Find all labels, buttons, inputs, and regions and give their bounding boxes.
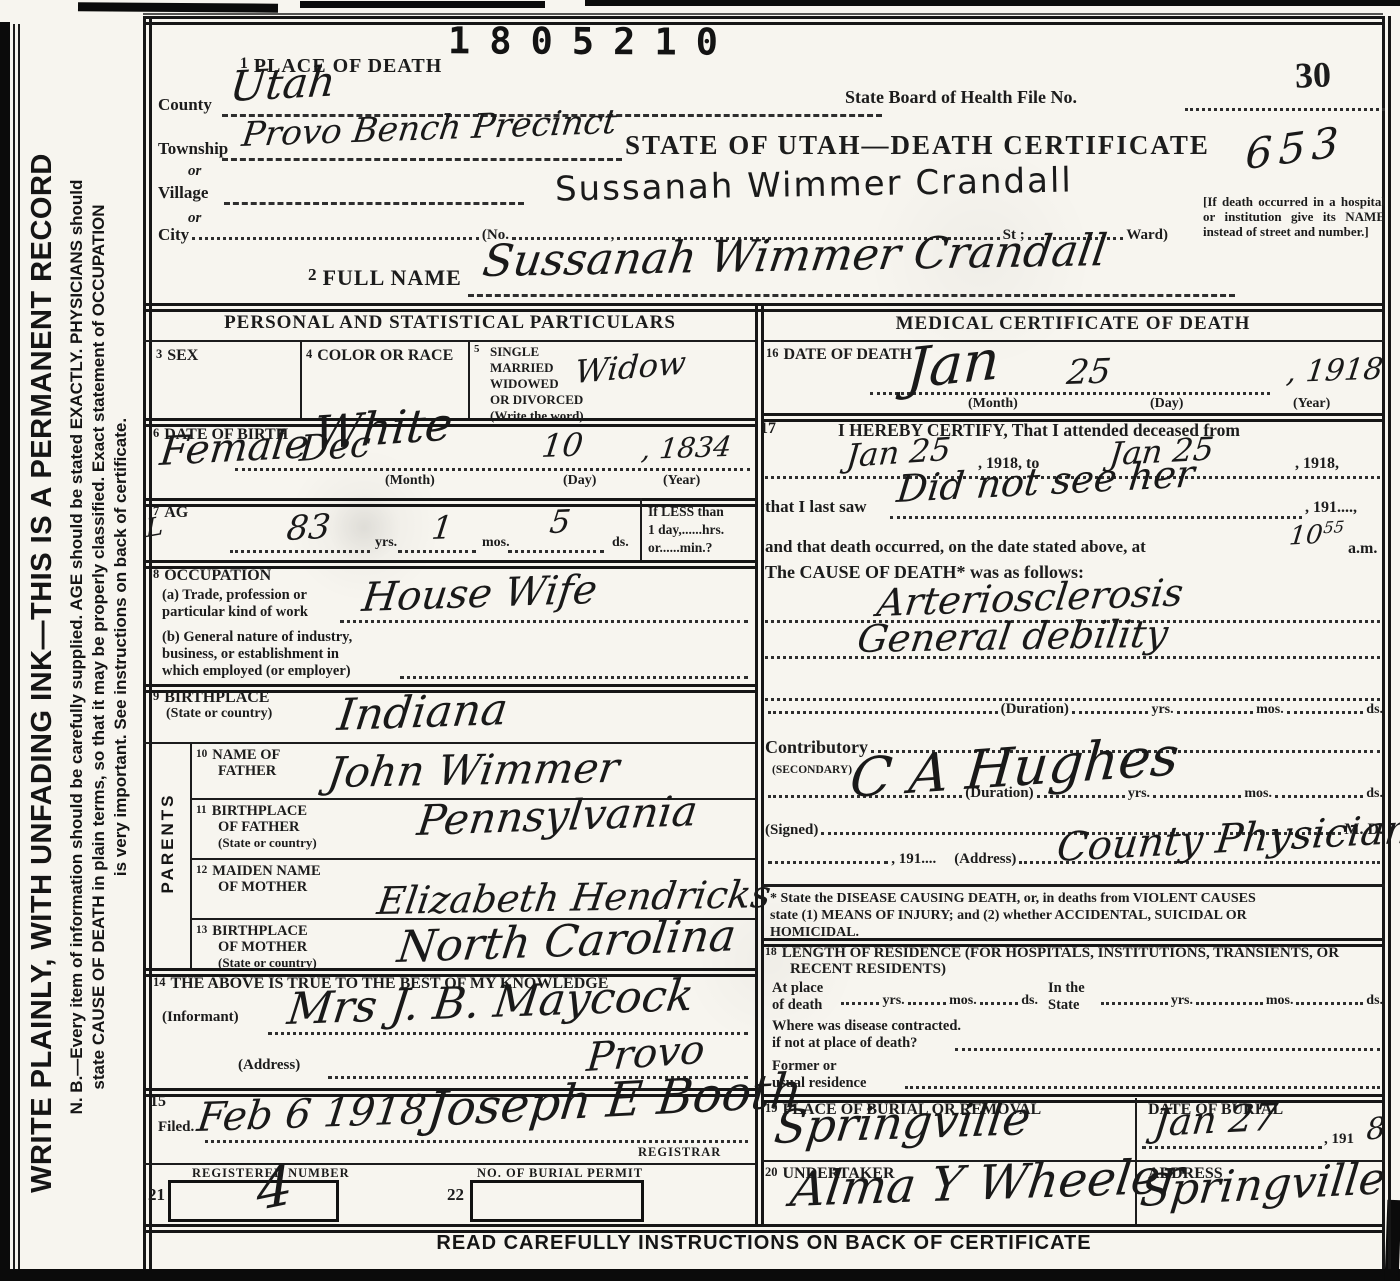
scan-artifact-left <box>0 22 10 1281</box>
township-label: Township <box>158 140 228 158</box>
mother-name-heading: 12MAIDEN NAME <box>196 864 321 879</box>
dotted-line <box>890 516 1302 519</box>
registered-number-num: 21 <box>148 1186 165 1204</box>
city-ward-label: Ward) <box>1126 228 1168 244</box>
burial-permit-label: NO. OF BURIAL PERMIT <box>477 1167 643 1180</box>
dotted-line <box>765 698 1380 701</box>
mother-birthplace-value: North Carolina <box>395 914 738 970</box>
last-saw-suffix: , 191...., <box>1305 500 1357 517</box>
rule <box>640 498 642 560</box>
residence-at-place-label: At place of death <box>772 980 823 1014</box>
margin-permanent-record-note: WRITE PLAINLY, WITH UNFADING INK—THIS IS… <box>26 78 59 1268</box>
margin-nb-line: state CAUSE OF DEATH in plain terms, so … <box>88 32 110 1262</box>
marital-heading: 5 <box>474 344 484 359</box>
full-name-heading: 2FULL NAME <box>308 266 462 289</box>
rule <box>143 742 755 744</box>
stamp-number: 1805210 <box>448 19 737 64</box>
marital-value: Widow <box>574 347 687 388</box>
dotted-line <box>400 676 748 679</box>
rule <box>761 884 1385 887</box>
rule <box>143 13 1383 15</box>
marital-label-lines: SINGLE MARRIED WIDOWED OR DIVORCED (Writ… <box>490 344 584 424</box>
margin-nb-note: N. B.—Every item of information should b… <box>66 32 132 1262</box>
death-date-heading: 16DATE OF DEATH <box>766 347 912 364</box>
scan-artifact-top <box>78 2 278 12</box>
secondary-label: (SECONDARY) <box>772 764 852 776</box>
medical-section-title: MEDICAL CERTIFICATE OF DEATH <box>761 314 1385 334</box>
ds-caption: ds. <box>612 536 629 551</box>
full-name-label: FULL NAME <box>323 265 462 290</box>
typed-decedent-name: Sussanah Wimmer Crandall <box>555 163 1073 206</box>
informant-value: Mrs J. B. Maycock <box>285 974 696 1032</box>
father-birthplace-sub: (State or country) <box>218 836 317 850</box>
filed-num: 15 <box>150 1094 166 1111</box>
dotted-line <box>905 1086 1380 1089</box>
dotted-line <box>205 1140 748 1143</box>
race-heading: 4COLOR OR RACE <box>306 348 453 365</box>
birth-year-value: , 1834 <box>640 433 733 464</box>
occupation-value: House Wife <box>360 570 599 618</box>
year-caption: (Year) <box>1293 397 1330 412</box>
birth-date-heading: 6DATE OF BIRTH <box>153 427 288 444</box>
dashed-line <box>224 202 524 205</box>
certify-to-suffix: , 1918, <box>1295 456 1339 473</box>
mother-birthplace-heading: 13BIRTHPLACE <box>196 924 308 939</box>
registered-number-value: 4 <box>255 1158 294 1220</box>
yrs-caption: yrs. <box>375 536 397 551</box>
dotted-line <box>230 550 370 553</box>
township-value: Provo Bench Precinct <box>240 105 619 152</box>
certificate-number: 653 <box>1245 121 1345 176</box>
birthplace-value: Indiana <box>335 688 510 738</box>
occupation-a-label: (a) Trade, profession or particular kind… <box>162 587 308 621</box>
rule <box>18 24 20 1269</box>
informant-address-label: (Address) <box>238 1058 300 1074</box>
birthplace-label: BIRTHPLACE <box>164 689 269 706</box>
rule <box>143 1163 755 1165</box>
year-caption: (Year) <box>663 474 700 489</box>
filed-date-value: Feb 6 1918 <box>195 1090 429 1138</box>
scan-artifact-top <box>585 0 1400 6</box>
father-birthplace-value: Pennsylvania <box>415 790 700 842</box>
father-birthplace-heading: 11BIRTHPLACE <box>196 804 307 819</box>
parents-label-block: PARENTS <box>158 758 178 928</box>
burial-permit-box <box>470 1180 644 1222</box>
city-label: City <box>158 226 189 244</box>
dotted-line <box>508 550 604 553</box>
margin-nb-line: N. B.—Every item of information should b… <box>66 32 88 1262</box>
duration-caption: (Duration) <box>1001 702 1069 718</box>
age-less-than-note: If LESS than 1 day,......hrs. or......mi… <box>648 503 724 557</box>
file-no-value: 30 <box>1294 55 1331 94</box>
disease-contracted-label: Where was disease contracted. if not at … <box>772 1018 961 1052</box>
burial-date-year-hw: 8 <box>1366 1114 1386 1146</box>
or-label: or <box>188 211 201 227</box>
death-time-value: 1055 <box>1288 519 1345 549</box>
residence-in-state-label: In the State <box>1048 980 1085 1014</box>
death-day-value: 25 <box>1065 355 1113 390</box>
rule <box>190 858 755 860</box>
dotted-line <box>1185 108 1385 111</box>
informant-label: (Informant) <box>162 1010 239 1026</box>
birthplace-sub-label: (State or country) <box>166 707 272 722</box>
signed-year-blank: , 191.... <box>891 852 936 868</box>
rule <box>468 340 470 418</box>
cause-duration-line: (Duration) yrs. mos. ds. <box>765 702 1383 718</box>
rule <box>143 303 1385 312</box>
file-no-label: State Board of Health File No. <box>845 88 1077 107</box>
registrar-label: REGISTRAR <box>638 1146 721 1159</box>
birth-month-value: Dec <box>298 427 372 468</box>
burial-place-value: Springville <box>772 1095 1033 1150</box>
item-number: 2 <box>308 265 318 284</box>
form-border-left <box>143 16 152 1269</box>
undertaker-address-value: Springville <box>1138 1157 1387 1214</box>
sex-label: SEX <box>167 347 198 364</box>
day-caption: (Day) <box>563 474 596 489</box>
undertaker-value: Alma Y Wheeler <box>788 1152 1186 1214</box>
hospital-note: [If death occurred in a hospital or inst… <box>1203 194 1385 239</box>
month-caption: (Month) <box>968 397 1018 412</box>
former-residence-label: Former or usual residence <box>772 1058 866 1092</box>
occupation-heading: 8OCCUPATION <box>153 568 271 585</box>
in-state-duration-line: yrs. mos. ds. <box>1098 994 1383 1009</box>
certify-num: 17 <box>760 421 776 438</box>
village-label: Village <box>158 184 208 202</box>
death-year-value: , 1918 <box>1285 355 1385 388</box>
father-birthplace-heading2: OF FATHER <box>218 820 300 835</box>
dashed-line <box>222 158 622 161</box>
father-name-heading2: FATHER <box>218 764 276 779</box>
county-value: Utah <box>228 61 338 108</box>
death-certificate-scan: WRITE PLAINLY, WITH UNFADING INK—THIS IS… <box>0 0 1400 1281</box>
personal-section-title: PERSONAL AND STATISTICAL PARTICULARS <box>150 313 750 333</box>
stray-pen-mark: L <box>146 513 164 542</box>
rule <box>761 340 1385 342</box>
birth-date-label: DATE OF BIRTH <box>164 426 288 443</box>
rule <box>300 340 302 418</box>
father-name-heading: 10NAME OF <box>196 748 280 763</box>
at-place-duration-line: yrs. mos. ds. <box>838 994 1038 1009</box>
birth-day-value: 10 <box>540 429 585 462</box>
signed-label: (Signed) <box>765 823 818 839</box>
registration-stamp: 1805210 <box>448 19 737 64</box>
parents-label: PARENTS <box>158 793 177 894</box>
footer-instructions: READ CAREFULLY INSTRUCTIONS ON BACK OF C… <box>143 1232 1385 1255</box>
filed-label: Filed. <box>158 1120 194 1136</box>
certificate-title: STATE OF UTAH—DEATH CERTIFICATE <box>625 131 1210 160</box>
margin-permanent-record-text: WRITE PLAINLY, WITH UNFADING INK—THIS IS… <box>26 153 58 1193</box>
age-months-value: 1 <box>430 511 454 544</box>
occupation-b-label: (b) General nature of industry, business… <box>162 629 352 680</box>
scan-artifact-top <box>300 1 545 8</box>
occupation-label: OCCUPATION <box>164 567 271 584</box>
dotted-line <box>398 550 476 553</box>
signed-address-label: (Address) <box>954 852 1016 868</box>
race-label: COLOR OR RACE <box>317 347 453 364</box>
residence-heading2: RECENT RESIDENTS) <box>790 962 946 978</box>
day-caption: (Day) <box>1150 397 1183 412</box>
burial-date-suffix: , 191 <box>1324 1132 1354 1148</box>
burial-date-value: Jan 27 <box>1152 1098 1280 1142</box>
registered-number-box <box>168 1180 339 1222</box>
month-caption: (Month) <box>385 474 435 489</box>
violent-causes-footnote: * State the DISEASE CAUSING DEATH, or, i… <box>770 890 1256 941</box>
mother-birthplace-heading2: OF MOTHER <box>218 940 307 955</box>
meridiem-label: a.m. <box>1348 541 1377 558</box>
rule <box>13 24 15 1269</box>
birthplace-heading: 9BIRTHPLACE <box>153 690 269 707</box>
last-saw-label: that I last saw <box>765 498 867 516</box>
or-label: or <box>188 164 201 180</box>
scan-artifact-bottom <box>0 1269 1400 1281</box>
cause-line2-value: General debility <box>855 615 1170 658</box>
death-month-value: Jan <box>905 333 1001 398</box>
rule <box>143 340 755 342</box>
full-name-value: Sussanah Wimmer Crandall <box>480 229 1109 284</box>
rule <box>190 744 192 968</box>
age-years-value: 83 <box>285 510 332 546</box>
sex-heading: 3SEX <box>156 348 198 365</box>
burial-permit-num: 22 <box>447 1186 464 1204</box>
mother-name-heading2: OF MOTHER <box>218 880 307 895</box>
county-label: County <box>158 96 212 114</box>
mos-caption: mos. <box>482 536 510 551</box>
margin-nb-line: is very important. See instructions on b… <box>110 32 132 1262</box>
occurred-label: and that death occurred, on the date sta… <box>765 538 1146 556</box>
residence-heading: 18LENGTH OF RESIDENCE (FOR HOSPITALS, IN… <box>765 946 1339 962</box>
form-border-top <box>143 16 1385 25</box>
dashed-line <box>468 294 1235 297</box>
dotted-line <box>340 620 748 623</box>
father-name-value: John Wimmer <box>325 747 622 794</box>
age-label: AG <box>164 504 188 521</box>
dotted-line <box>955 1048 1380 1051</box>
age-days-value: 5 <box>548 505 572 538</box>
